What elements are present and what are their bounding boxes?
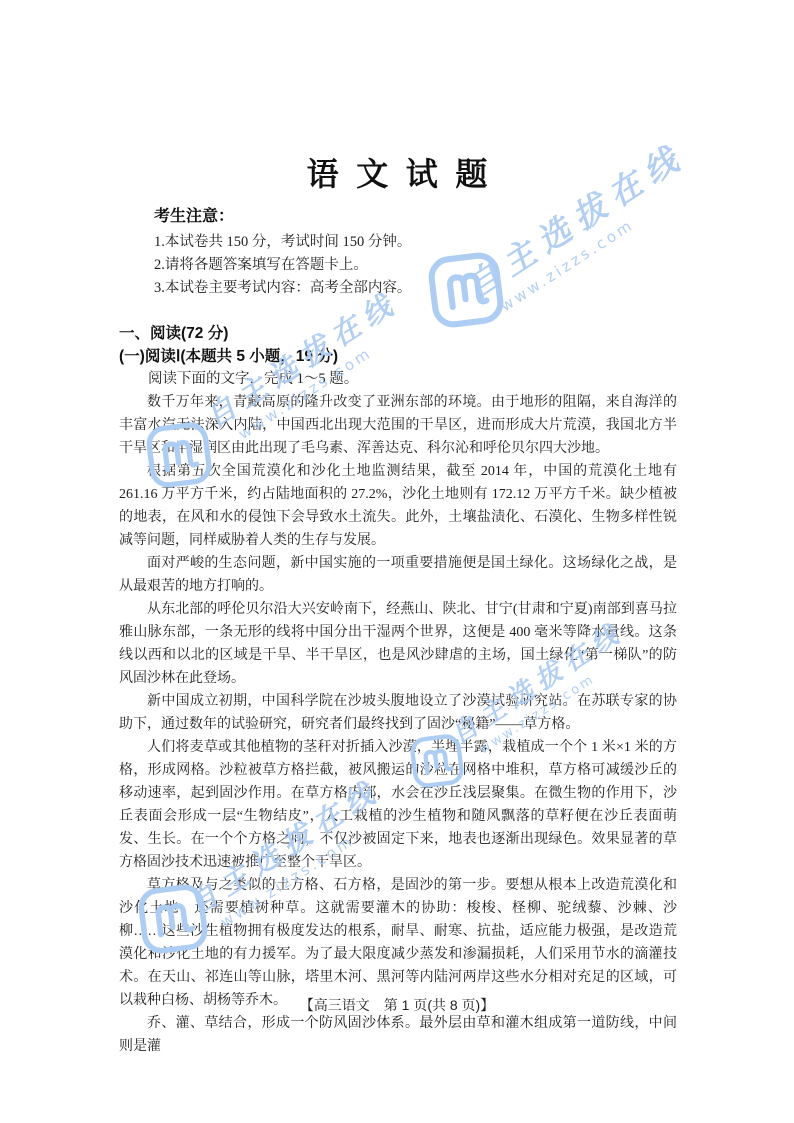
page-title: 语文试题 <box>0 149 794 195</box>
passage-paragraph: 人们将麦草或其他植物的茎秆对折插入沙漠，半埋半露，栽植成一个个 1 米×1 米的… <box>119 736 677 874</box>
notice-item: 3.本试卷主要考试内容：高考全部内容。 <box>154 277 594 300</box>
page-footer: 【高三语文 第 1 页(共 8 页)】 <box>0 995 794 1015</box>
reading-part-heading: 一、阅读(72 分) <box>119 322 679 345</box>
passage-paragraph: 乔、灌、草结合，形成一个防风固沙体系。最外层由草和灌木组成第一道防线，中间则是灌 <box>119 1012 677 1058</box>
reading-instruction: 阅读下面的文字，完成 1～5 题。 <box>119 368 679 391</box>
notice-item: 2.请将各题答案填写在答题卡上。 <box>154 254 594 277</box>
reading-passage: 数千万年来，青藏高原的隆升改变了亚洲东部的环境。由于地形的阻隔，来自海洋的丰富水… <box>119 391 677 1058</box>
passage-paragraph: 从东北部的呼伦贝尔沿大兴安岭南下，经燕山、陕北、甘宁(甘肃和宁夏)南部到喜马拉雅… <box>119 598 677 690</box>
passage-paragraph: 草方格及与之类似的土方格、石方格，是固沙的第一步。要想从根本上改造荒漠化和沙化土… <box>119 874 677 1012</box>
passage-paragraph: 数千万年来，青藏高原的隆升改变了亚洲东部的环境。由于地形的阻隔，来自海洋的丰富水… <box>119 391 677 460</box>
exam-page: 自主选拔在线 www.zizzs.com 自主选拔在线 www.zizzs.co… <box>0 0 794 1123</box>
passage-paragraph: 面对严峻的生态问题，新中国实施的一项重要措施便是国土绿化。这场绿化之战，是从最艰… <box>119 552 677 598</box>
notice-heading: 考生注意： <box>154 205 594 228</box>
reading-sub-heading: (一)阅读Ⅰ(本题共 5 小题，19 分) <box>119 345 679 368</box>
reading-section-header: 一、阅读(72 分) (一)阅读Ⅰ(本题共 5 小题，19 分) 阅读下面的文字… <box>119 322 679 391</box>
passage-paragraph: 根据第五次全国荒漠化和沙化土地监测结果，截至 2014 年，中国的荒漠化土地有 … <box>119 460 677 552</box>
notice-item: 1.本试卷共 150 分，考试时间 150 分钟。 <box>154 231 594 254</box>
passage-paragraph: 新中国成立初期，中国科学院在沙坡头腹地设立了沙漠试验研究站。在苏联专家的协助下，… <box>119 690 677 736</box>
examinee-notice: 考生注意： 1.本试卷共 150 分，考试时间 150 分钟。 2.请将各题答案… <box>154 205 594 300</box>
